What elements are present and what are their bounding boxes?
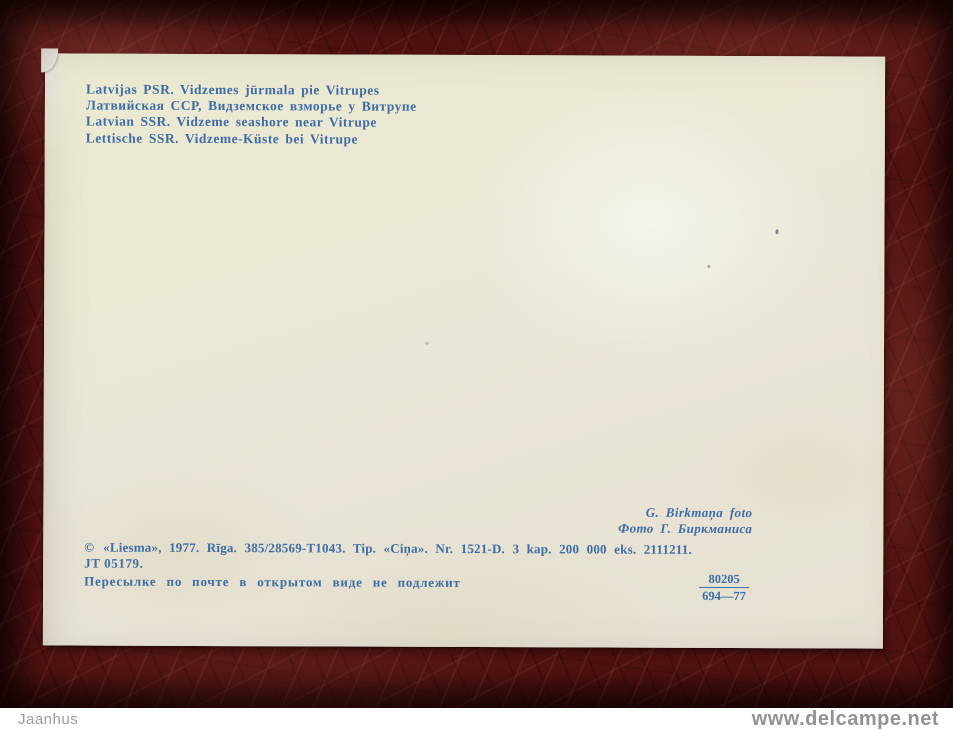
paper-speck bbox=[707, 265, 710, 268]
imprint-code: JT 05179. bbox=[84, 556, 143, 572]
order-numerator: 80205 bbox=[699, 572, 749, 588]
caption-latvian: Latvijas PSR. Vidzemes jūrmala pie Vitru… bbox=[86, 82, 417, 99]
photo-credit-latvian: G. Birkmaņa foto bbox=[618, 505, 752, 521]
watermark-seller: Jaanhus bbox=[18, 708, 78, 730]
scanned-postcard-photo: Latvijas PSR. Vidzemes jūrmala pie Vitru… bbox=[0, 0, 953, 730]
paper-speck bbox=[775, 229, 778, 234]
watermark-strip: Jaanhus www.delcampe.net bbox=[0, 708, 953, 730]
caption-english: Latvian SSR. Vidzeme seashore near Vitru… bbox=[86, 114, 417, 131]
watermark-site: www.delcampe.net bbox=[752, 707, 939, 730]
photo-credit-russian: Фото Г. Биркманиса bbox=[618, 520, 752, 536]
publisher-imprint: ©«Liesma», 1977. Rīga. 385/28569-T1043. … bbox=[84, 540, 692, 558]
caption-block: Latvijas PSR. Vidzemes jūrmala pie Vitru… bbox=[86, 82, 417, 148]
leather-background: Latvijas PSR. Vidzemes jūrmala pie Vitru… bbox=[0, 0, 953, 708]
postal-note: Пересылке по почте в открытом виде не по… bbox=[84, 574, 461, 591]
order-denominator: 694—77 bbox=[699, 588, 749, 603]
caption-german: Lettische SSR. Vidzeme-Küste bei Vitrupe bbox=[86, 130, 417, 147]
postcard-back: Latvijas PSR. Vidzemes jūrmala pie Vitru… bbox=[43, 53, 885, 648]
photo-credit-block: G. Birkmaņa foto Фото Г. Биркманиса bbox=[618, 505, 752, 537]
print-order-number: 80205 694—77 bbox=[699, 572, 749, 603]
caption-russian: Латвийская ССР, Видземское взморье у Вит… bbox=[86, 98, 417, 115]
paper-speck bbox=[425, 342, 429, 345]
imprint-text: «Liesma», 1977. Rīga. 385/28569-T1043. T… bbox=[103, 540, 692, 557]
copyright-icon: © bbox=[84, 540, 94, 555]
